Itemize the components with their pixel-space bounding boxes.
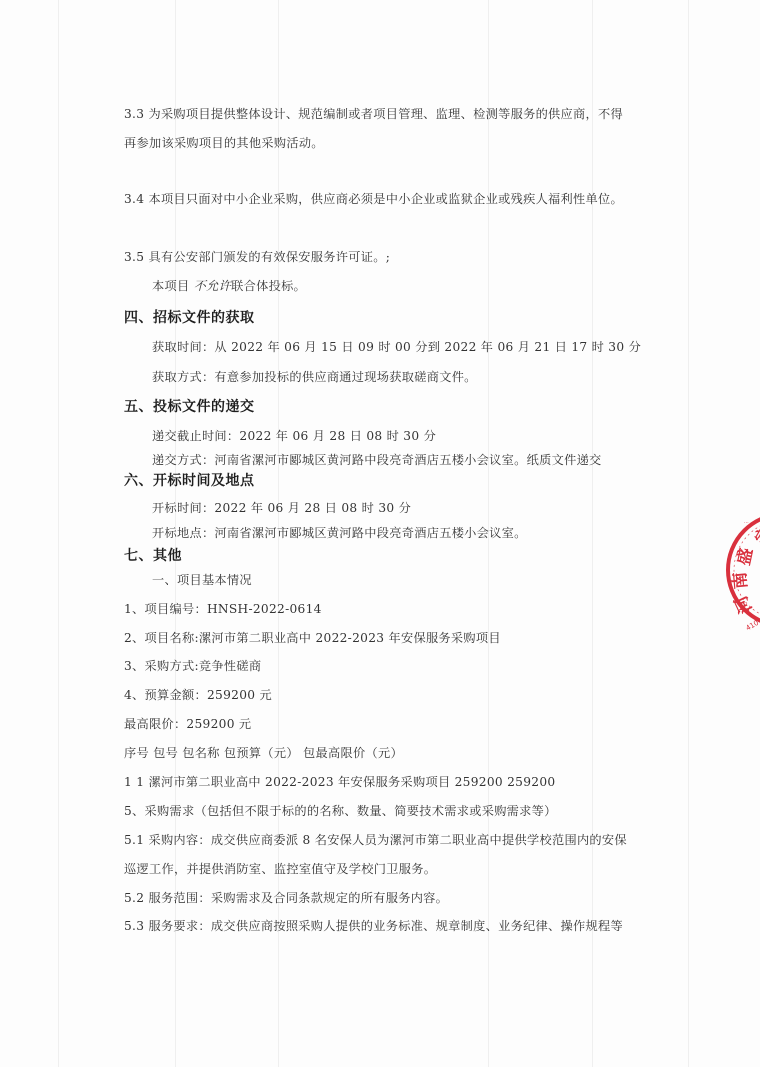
requirement-5-1-line1: 5.1 采购内容：成交供应商委派 8 名安保人员为漯河市第二职业高中提供学校范围… bbox=[124, 832, 627, 848]
clause-3-5: 3.5 具有公安部门颁发的有效保安服务许可证。; bbox=[124, 249, 390, 265]
scan-artifact bbox=[592, 0, 593, 1067]
section-6-place: 开标地点：河南省漯河市郾城区黄河路中段亮奇酒店五楼小会议室。 bbox=[152, 525, 527, 541]
section-7-subtitle: 一、项目基本情况 bbox=[152, 572, 252, 588]
section-5-method: 递交方式：河南省漯河市郾城区黄河路中段亮奇酒店五楼小会议室。纸质文件递交 bbox=[152, 452, 602, 468]
project-number: 1、项目编号：HNSH-2022-0614 bbox=[124, 601, 322, 617]
section-6-time: 开标时间：2022 年 06 月 28 日 08 时 30 分 bbox=[152, 500, 411, 516]
clause-3-3-line2: 再参加该采购项目的其他采购活动。 bbox=[124, 135, 324, 151]
consortium-emphasis: 不允许 bbox=[194, 279, 231, 293]
section-5-heading: 五、投标文件的递交 bbox=[124, 398, 255, 416]
official-seal-stamp: ... 宇 盛 南 河 410 bbox=[722, 505, 760, 635]
scan-artifact bbox=[688, 0, 689, 1067]
section-4-time: 获取时间：从 2022 年 06 月 15 日 09 时 00 分到 2022 … bbox=[152, 339, 641, 355]
project-name: 2、项目名称:漯河市第二职业高中 2022-2023 年安保服务采购项目 bbox=[124, 630, 501, 646]
svg-text:...: ... bbox=[744, 519, 749, 525]
requirement-5-2: 5.2 服务范围：采购需求及合同条款规定的所有服务内容。 bbox=[124, 890, 448, 906]
scanned-document-page: 3.3 为采购项目提供整体设计、规范编制或者项目管理、监理、检测等服务的供应商，… bbox=[0, 0, 760, 1067]
svg-text:南: 南 bbox=[729, 571, 751, 590]
consortium-prefix: 本项目 bbox=[152, 279, 189, 293]
package-table-row: 1 1 漯河市第二职业高中 2022-2023 年安保服务采购项目 259200… bbox=[124, 774, 555, 790]
package-table-header: 序号 包号 包名称 包预算（元） 包最高限价（元） bbox=[124, 745, 403, 761]
section-4-method: 获取方式：有意参加投标的供应商通过现场获取磋商文件。 bbox=[152, 369, 477, 385]
section-5-deadline: 递交截止时间：2022 年 06 月 28 日 08 时 30 分 bbox=[152, 428, 436, 444]
section-4-heading: 四、招标文件的获取 bbox=[124, 309, 255, 327]
section-7-heading: 七、其他 bbox=[124, 547, 182, 565]
clause-3-4: 3.4 本项目只面对中小企业采购，供应商必须是中小企业或监狱企业或残疾人福利性单… bbox=[124, 191, 623, 207]
consortium-note: 本项目 不允许联合体投标。 bbox=[152, 278, 306, 294]
procurement-requirements: 5、采购需求（包括但不限于标的的名称、数量、简要技术需求或采购需求等） bbox=[124, 803, 557, 819]
max-price: 最高限价：259200 元 bbox=[124, 716, 251, 732]
svg-text:盛: 盛 bbox=[733, 546, 757, 567]
requirement-5-3: 5.3 服务要求：成交供应商按照采购人提供的业务标准、规章制度、业务纪律、操作规… bbox=[124, 918, 623, 934]
section-6-heading: 六、开标时间及地点 bbox=[124, 472, 255, 490]
consortium-suffix: 联合体投标。 bbox=[231, 279, 306, 293]
clause-3-3-line1: 3.3 为采购项目提供整体设计、规范编制或者项目管理、监理、检测等服务的供应商，… bbox=[124, 106, 623, 122]
budget-amount: 4、预算金额：259200 元 bbox=[124, 687, 272, 703]
procurement-method: 3、采购方式:竞争性磋商 bbox=[124, 658, 261, 674]
scan-artifact bbox=[58, 0, 59, 1067]
requirement-5-1-line2: 巡逻工作，并提供消防室、监控室值守及学校门卫服务。 bbox=[124, 861, 436, 877]
